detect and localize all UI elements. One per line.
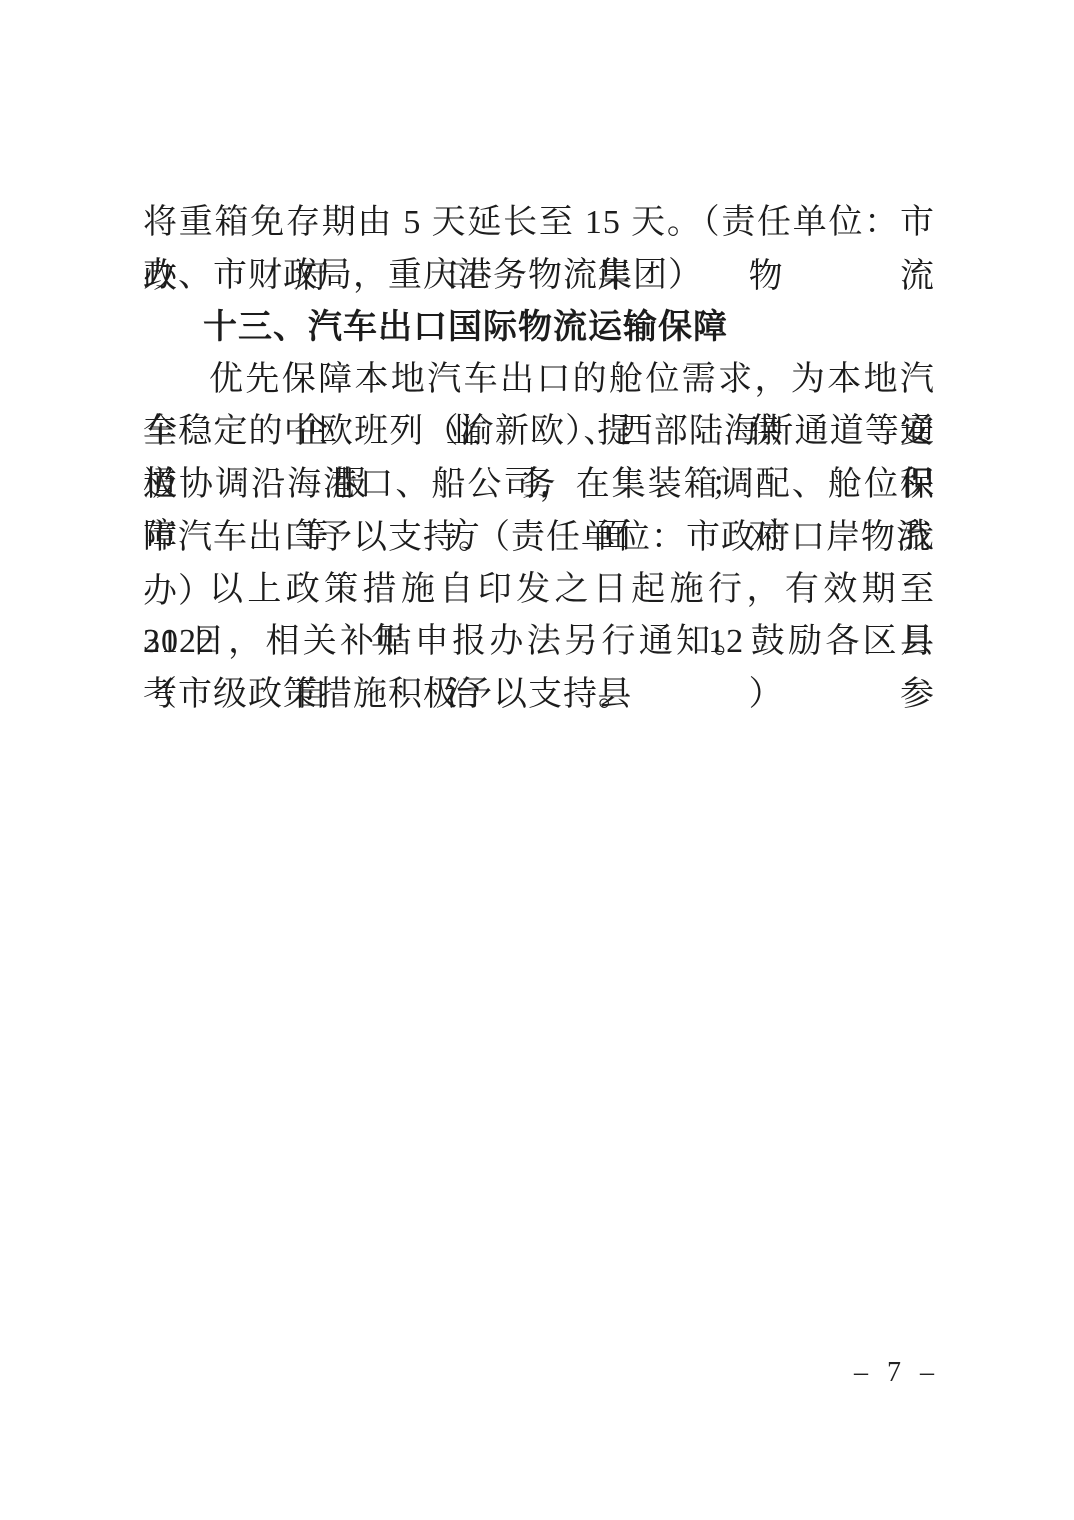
- para1-line2-responsible-unit-text: 办、市财政局，重庆港务物流集团）: [143, 255, 703, 295]
- document-page: 将重箱免存期由 5 天延长至 15 天。（责任单位：市政府口岸物流 办、市财政局…: [0, 0, 1074, 1520]
- para2-line4-body-text: 市汽车出口予以支持。: [143, 519, 493, 556]
- para3-line2: 31 日，相关补贴申报办法另行通知。鼓励各区县（自治县）参: [143, 616, 935, 669]
- para2-line1: 优先保障本地汽车出口的舱位需求，为本地汽车企业提供安: [143, 354, 935, 407]
- text-block: 将重箱免存期由 5 天延长至 15 天。（责任单位：市政府口岸物流 办、市财政局…: [143, 196, 935, 721]
- para2-line4: 市汽车出口予以支持。（责任单位：市政府口岸物流办）: [143, 511, 935, 564]
- para3-line3-body-text: 考市级政策措施积极予以支持。: [143, 676, 633, 713]
- para3-line1: 以上政策措施自印发之日起施行，有效期至 2022 年 12 月: [143, 564, 935, 617]
- page-number: – 7 –: [854, 1356, 940, 1390]
- para1-line1-body-text: 将重箱免存期由 5 天延长至 15 天。: [143, 204, 703, 241]
- para1-line1: 将重箱免存期由 5 天延长至 15 天。（责任单位：市政府口岸物流: [143, 196, 935, 249]
- para2-line2: 全稳定的中欧班列（渝新欧）、西部陆海新通道等通道服务；积: [143, 406, 935, 459]
- para2-line3: 极协调沿海港口、船公司，在集装箱调配、舱位保障等方面对我: [143, 459, 935, 512]
- section-heading-13: 十三、汽车出口国际物流运输保障: [143, 301, 935, 354]
